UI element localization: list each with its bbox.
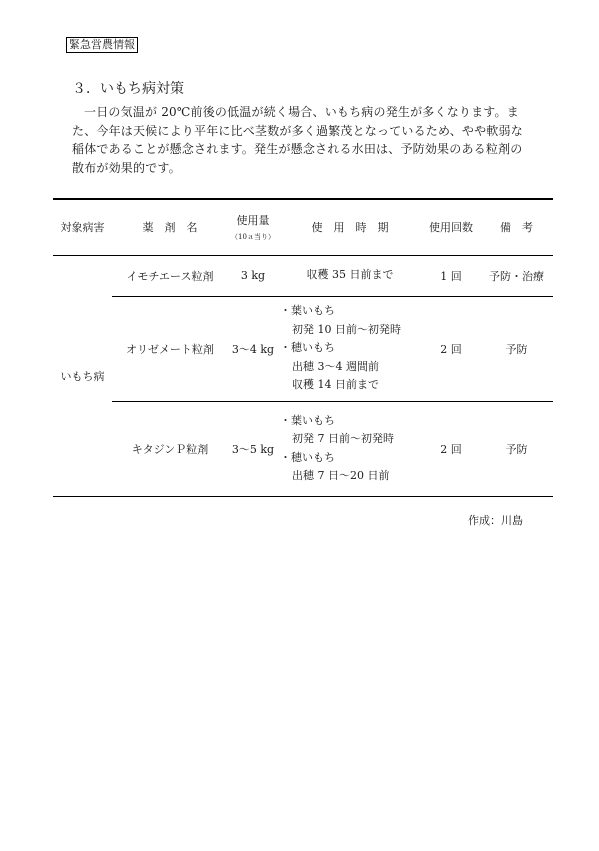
table-row: いもち病 イモチエース粒剤 3 kg 収穫 35 日前まで 1 回 予防・治療	[53, 255, 553, 296]
amount-cell: 3 kg	[228, 255, 278, 296]
amount-cell: 3～4 kg	[228, 296, 278, 401]
section-title: ３．いもち病対策	[72, 80, 184, 98]
timing-line: ・葉いもち	[280, 302, 422, 321]
count-cell: 1 回	[422, 255, 480, 296]
timing-line: ・穂いもち	[280, 449, 422, 468]
drug-cell: オリゼメート粒剤	[112, 296, 228, 401]
header-timing: 使 用 時 期	[278, 199, 422, 255]
timing-line: 初発 7 日前～初発時	[280, 430, 422, 449]
note-cell: 予防・治療	[480, 255, 553, 296]
timing-line: 初発 10 日前～初発時	[280, 321, 422, 340]
header-count: 使用回数	[422, 199, 480, 255]
drug-cell: イモチエース粒剤	[112, 255, 228, 296]
timing-line: ・穂いもち	[280, 339, 422, 358]
timing-line: 収穫 14 日前まで	[280, 376, 422, 395]
note-cell: 予防	[480, 296, 553, 401]
author-credit: 作成：川島	[468, 512, 523, 528]
header-amount-sub: （10ａ当り）	[228, 232, 278, 242]
count-cell: 2 回	[422, 296, 480, 401]
timing-cell: 収穫 35 日前まで	[278, 255, 422, 296]
urgent-info-badge: 緊急営農情報	[66, 37, 138, 53]
header-amount: 使用量 （10ａ当り）	[228, 199, 278, 255]
timing-line: 出穂 3～4 週間前	[280, 358, 422, 377]
timing-cell: ・葉いもち 初発 7 日前～初発時 ・穂いもち 出穂 7 日～20 日前	[278, 401, 422, 496]
timing-line: ・葉いもち	[280, 412, 422, 431]
disease-cell: いもち病	[53, 255, 112, 496]
table-row: オリゼメート粒剤 3～4 kg ・葉いもち 初発 10 日前～初発時 ・穂いもち…	[53, 296, 553, 401]
header-note: 備 考	[480, 199, 553, 255]
timing-line: 収穫 35 日前まで	[278, 266, 422, 285]
note-cell: 予防	[480, 401, 553, 496]
header-amount-label: 使用量	[228, 212, 278, 228]
intro-paragraph: 一日の気温が 20℃前後の低温が続く場合、いもち病の発生が多くなります。また、今…	[72, 103, 534, 177]
count-cell: 2 回	[422, 401, 480, 496]
table-header-row: 対象病害 薬 剤 名 使用量 （10ａ当り） 使 用 時 期 使用回数 備 考	[53, 199, 553, 255]
timing-cell: ・葉いもち 初発 10 日前～初発時 ・穂いもち 出穂 3～4 週間前 収穫 1…	[278, 296, 422, 401]
pesticide-table: 対象病害 薬 剤 名 使用量 （10ａ当り） 使 用 時 期 使用回数 備 考 …	[53, 198, 553, 497]
timing-line: 出穂 7 日～20 日前	[280, 467, 422, 486]
drug-cell: キタジンＰ粒剤	[112, 401, 228, 496]
amount-cell: 3～5 kg	[228, 401, 278, 496]
table-row: キタジンＰ粒剤 3～5 kg ・葉いもち 初発 7 日前～初発時 ・穂いもち 出…	[53, 401, 553, 496]
header-drug: 薬 剤 名	[112, 199, 228, 255]
header-disease: 対象病害	[53, 199, 112, 255]
